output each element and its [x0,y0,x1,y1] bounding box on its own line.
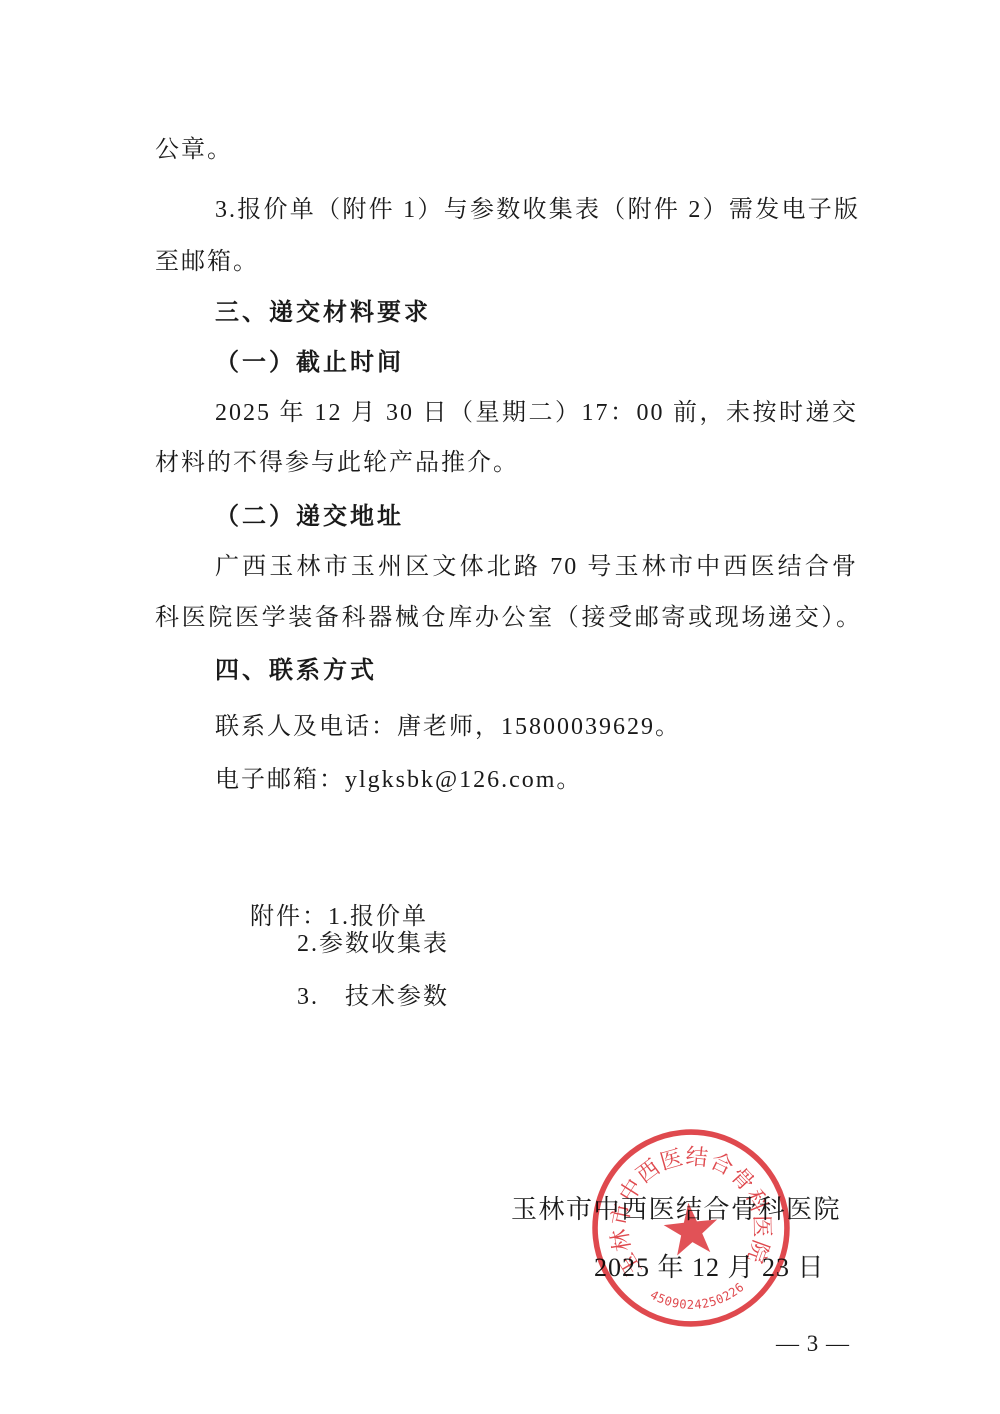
body-line: 科医院医学装备科器械仓库办公室（接受邮寄或现场递交）。 [155,604,862,633]
seal-code: 4509024250226 [647,1278,749,1317]
seal-code-container: 4509024250226 [647,1278,749,1317]
body-line: 材料的不得参与此轮产品推介。 [155,449,519,478]
contact-email-line: 电子邮箱：ylgksbk@126.com。 [215,766,582,795]
body-line: 2025 年 12 月 30 日（星期二）17：00 前，未按时递交 [215,399,858,428]
contact-phone-line: 联系人及电话：唐老师，15800039629。 [215,713,681,742]
official-seal: 玉林市中西医结合骨科医院 4509024250226 [590,1127,792,1329]
body-line: 公章。 [155,136,233,165]
body-line: 至邮箱。 [155,248,259,277]
body-line: 广西玉林市玉州区文体北路 70 号玉林市中西医结合骨 [215,553,858,582]
document-page: 公章。 3.报价单（附件 1）与参数收集表（附件 2）需发电子版 至邮箱。 三、… [0,0,1000,1414]
page-number: — 3 — [776,1331,850,1357]
body-line: 3.报价单（附件 1）与参数收集表（附件 2）需发电子版 [215,196,860,225]
star-icon [662,1200,721,1257]
subsection-heading: （二）递交地址 [215,503,404,532]
attachment-item: 2.参数收集表 [297,923,449,958]
section-heading: 四、联系方式 [215,657,377,686]
attachment-item: 3. 技术参数 [297,976,449,1011]
subsection-heading: （一）截止时间 [215,349,404,378]
section-heading: 三、递交材料要求 [215,299,431,328]
